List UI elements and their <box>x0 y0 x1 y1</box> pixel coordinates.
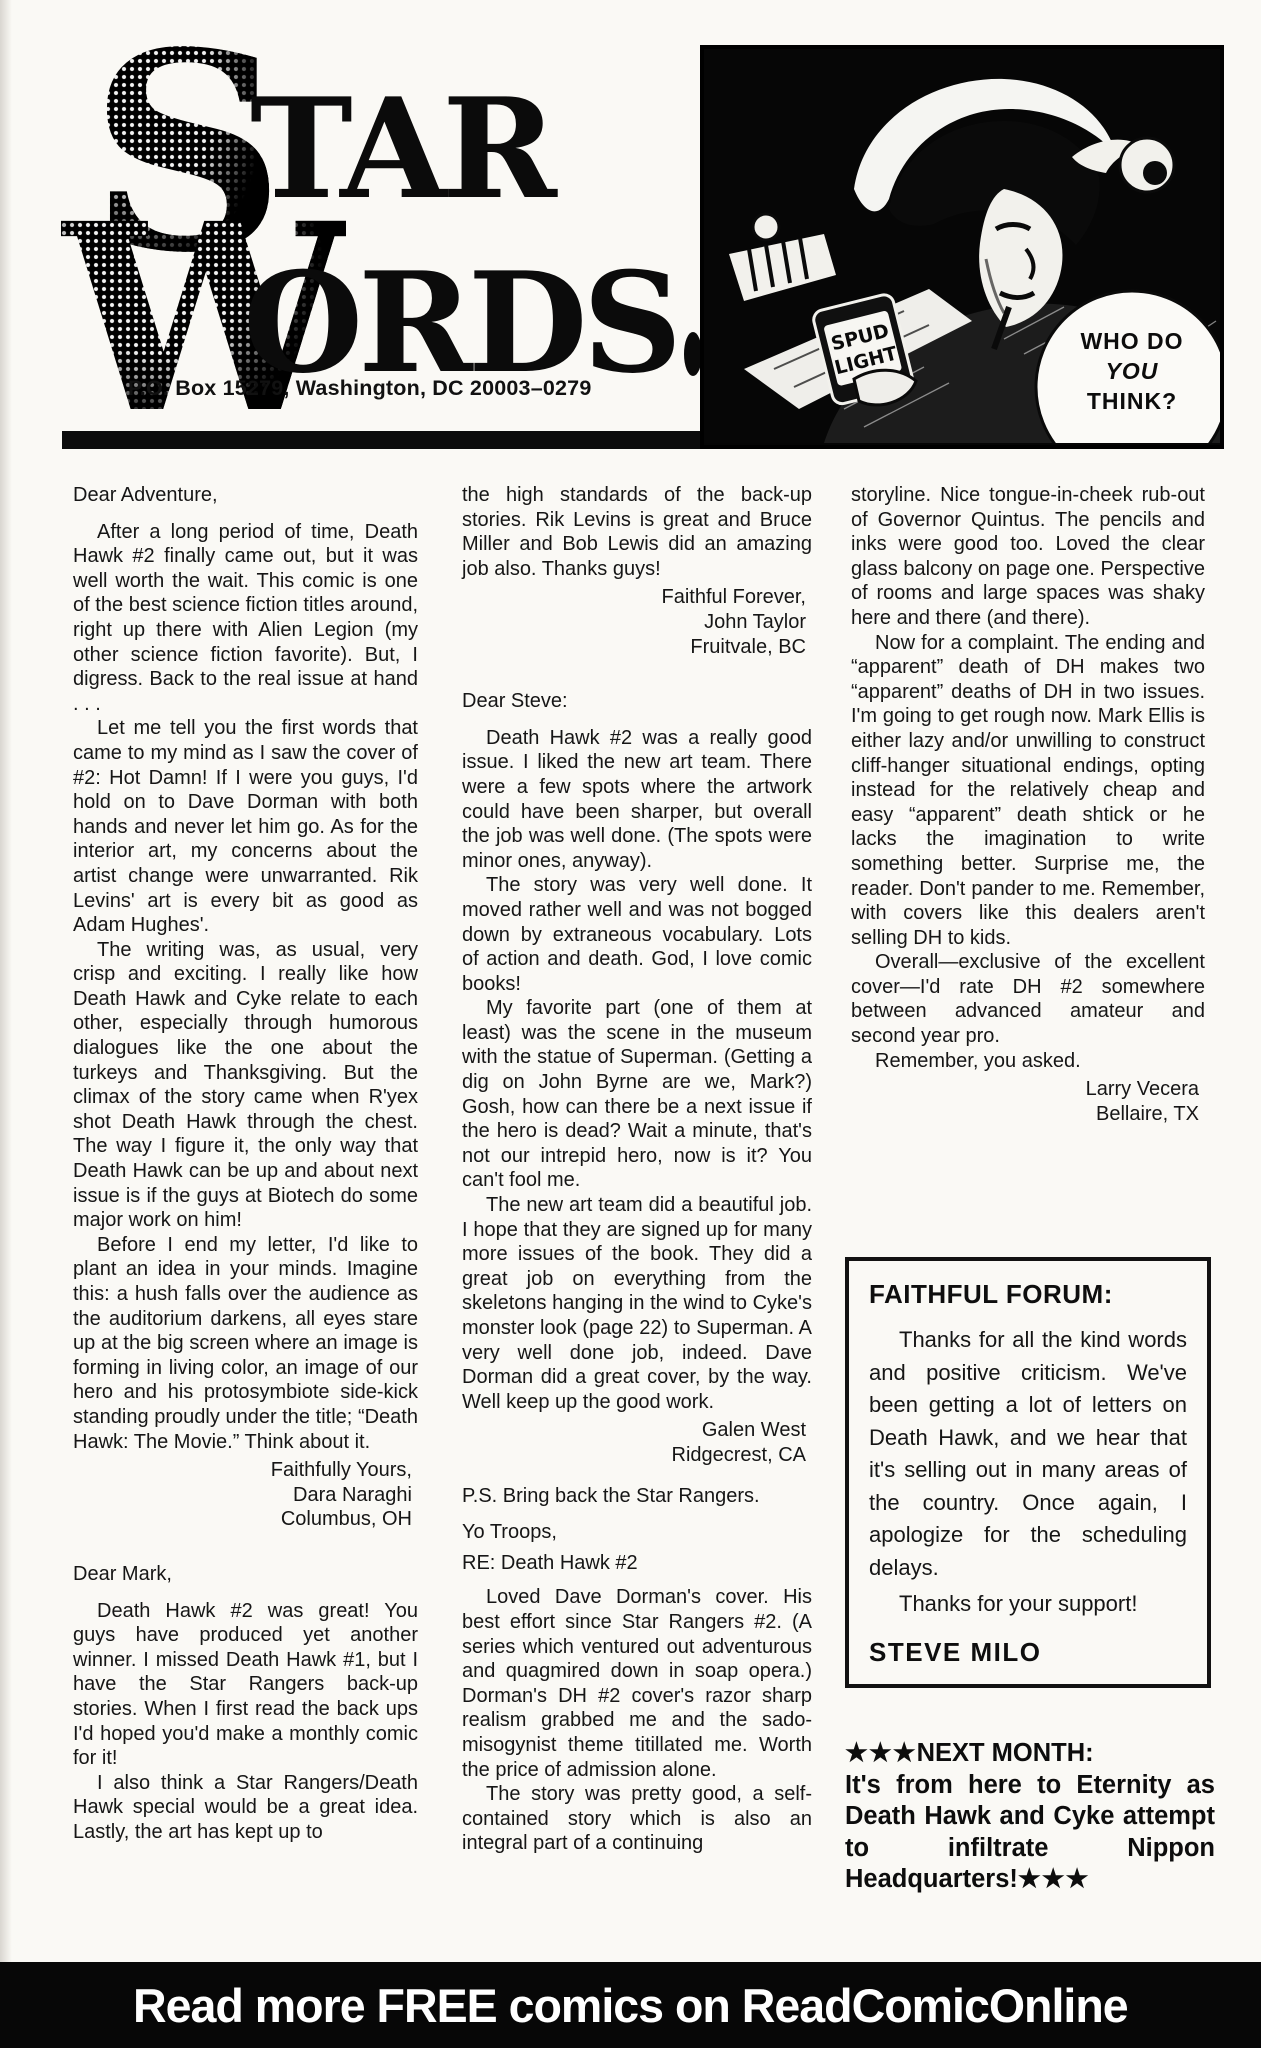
letter-paragraph: Now for a complaint. The ending and “app… <box>851 631 1205 951</box>
signature-line: Larry Vecera <box>851 1077 1199 1102</box>
next-month-heading: ★★★NEXT MONTH: <box>845 1738 1215 1770</box>
salutation: Dear Mark, <box>73 1562 418 1587</box>
letter-signature: Galen West Ridgecrest, CA <box>462 1418 806 1467</box>
letter-signature: Larry Vecera Bellaire, TX <box>851 1077 1199 1126</box>
forum-heading: FAITHFUL FORUM: <box>869 1279 1187 1310</box>
footer-promo-bar[interactable]: Read more FREE comics on ReadComicOnline <box>0 1962 1261 2048</box>
salutation: Yo Troops, <box>462 1520 812 1545</box>
mailing-address: P.O. Box 15279, Washington, DC 20003–027… <box>128 376 592 401</box>
letter-paragraph: My favorite part (one of them at least) … <box>462 996 812 1193</box>
letters-page: S TAR W ORDS P.O. Box 15279, Washington,… <box>0 0 1261 2048</box>
letter-paragraph-continuation: the high standards of the back-up storie… <box>462 483 812 581</box>
signature-line: Columbus, OH <box>73 1507 412 1532</box>
faithful-forum-box: FAITHFUL FORUM: Thanks for all the kind … <box>845 1257 1211 1688</box>
letter-paragraph: Let me tell you the first words that cam… <box>73 716 418 937</box>
salutation: Dear Adventure, <box>73 483 418 508</box>
comic-art: SPUD LIGHT WHO DO YOU THINK? <box>704 49 1220 443</box>
letter-paragraph: Loved Dave Dorman's cover. His best effo… <box>462 1585 812 1782</box>
signature-line: Dara Naraghi <box>73 1483 412 1508</box>
letter-paragraph: I also think a Star Rangers/Death Hawk s… <box>73 1771 418 1845</box>
letter-signature: Faithfully Yours, Dara Naraghi Columbus,… <box>73 1458 412 1532</box>
scan-edge-shadow <box>0 0 12 2048</box>
stars-prefix: ★★★ <box>845 1739 917 1767</box>
next-month-body-wrap: It's from here to Eternity as Death Hawk… <box>845 1770 1215 1896</box>
letters-column-2: the high standards of the back-up storie… <box>462 483 812 1953</box>
stars-suffix: ★★★ <box>1018 1865 1090 1893</box>
signature-line: Ridgecrest, CA <box>462 1443 806 1468</box>
next-month-title: NEXT MONTH: <box>917 1739 1094 1767</box>
signature-line: Galen West <box>462 1418 806 1443</box>
letter-paragraph: Before I end my letter, I'd like to plan… <box>73 1233 418 1454</box>
letters-column-3: storyline. Nice tongue-in-cheek rub-out … <box>851 483 1205 1253</box>
ps-line: P.S. Bring back the Star Rangers. <box>462 1484 812 1509</box>
signature-line: Faithfully Yours, <box>73 1458 412 1483</box>
letter-paragraph: The new art team did a beautiful job. I … <box>462 1193 812 1414</box>
comic-panel-illustration: SPUD LIGHT WHO DO YOU THINK? <box>700 45 1224 449</box>
letter-paragraph: The story was very well done. It moved r… <box>462 873 812 996</box>
letter-paragraph: After a long period of time, Death Hawk … <box>73 520 418 717</box>
letter-paragraph: Overall—exclusive of the excellent cover… <box>851 950 1205 1048</box>
letter-paragraph: Death Hawk #2 was a really good issue. I… <box>462 726 812 874</box>
letter-paragraph: Remember, you asked. <box>851 1049 1205 1074</box>
signature-line: Fruitvale, BC <box>462 635 806 660</box>
letter-paragraph-continuation: storyline. Nice tongue-in-cheek rub-out … <box>851 483 1205 631</box>
salutation: Dear Steve: <box>462 689 812 714</box>
footer-promo-text[interactable]: Read more FREE comics on ReadComicOnline <box>133 1978 1128 2033</box>
re-line: RE: Death Hawk #2 <box>462 1551 812 1576</box>
logo-word-words-rest: ORDS <box>243 254 677 392</box>
signature-line: Faithful Forever, <box>462 585 806 610</box>
forum-support-line: Thanks for your support! <box>869 1588 1187 1621</box>
signature-line: John Taylor <box>462 610 806 635</box>
signature-line: Bellaire, TX <box>851 1102 1199 1127</box>
letter-paragraph: Death Hawk #2 was great! You guys have p… <box>73 1599 418 1771</box>
letter-signature: Faithful Forever, John Taylor Fruitvale,… <box>462 585 806 659</box>
letters-column-1: Dear Adventure, After a long period of t… <box>73 483 418 1953</box>
editor-signoff: STEVE MILO <box>869 1637 1187 1668</box>
bubble-line3: THINK? <box>1087 388 1177 414</box>
bubble-line1: WHO DO <box>1080 328 1183 354</box>
next-month-teaser: ★★★NEXT MONTH: It's from here to Eternit… <box>845 1738 1215 1896</box>
forum-body: Thanks for all the kind words and positi… <box>869 1324 1187 1584</box>
star-words-logo: S TAR W ORDS <box>75 30 695 395</box>
letter-paragraph: The writing was, as usual, very crisp an… <box>73 938 418 1233</box>
letter-paragraph: The story was pretty good, a self-contai… <box>462 1782 812 1856</box>
bubble-line2: YOU <box>1106 358 1159 384</box>
